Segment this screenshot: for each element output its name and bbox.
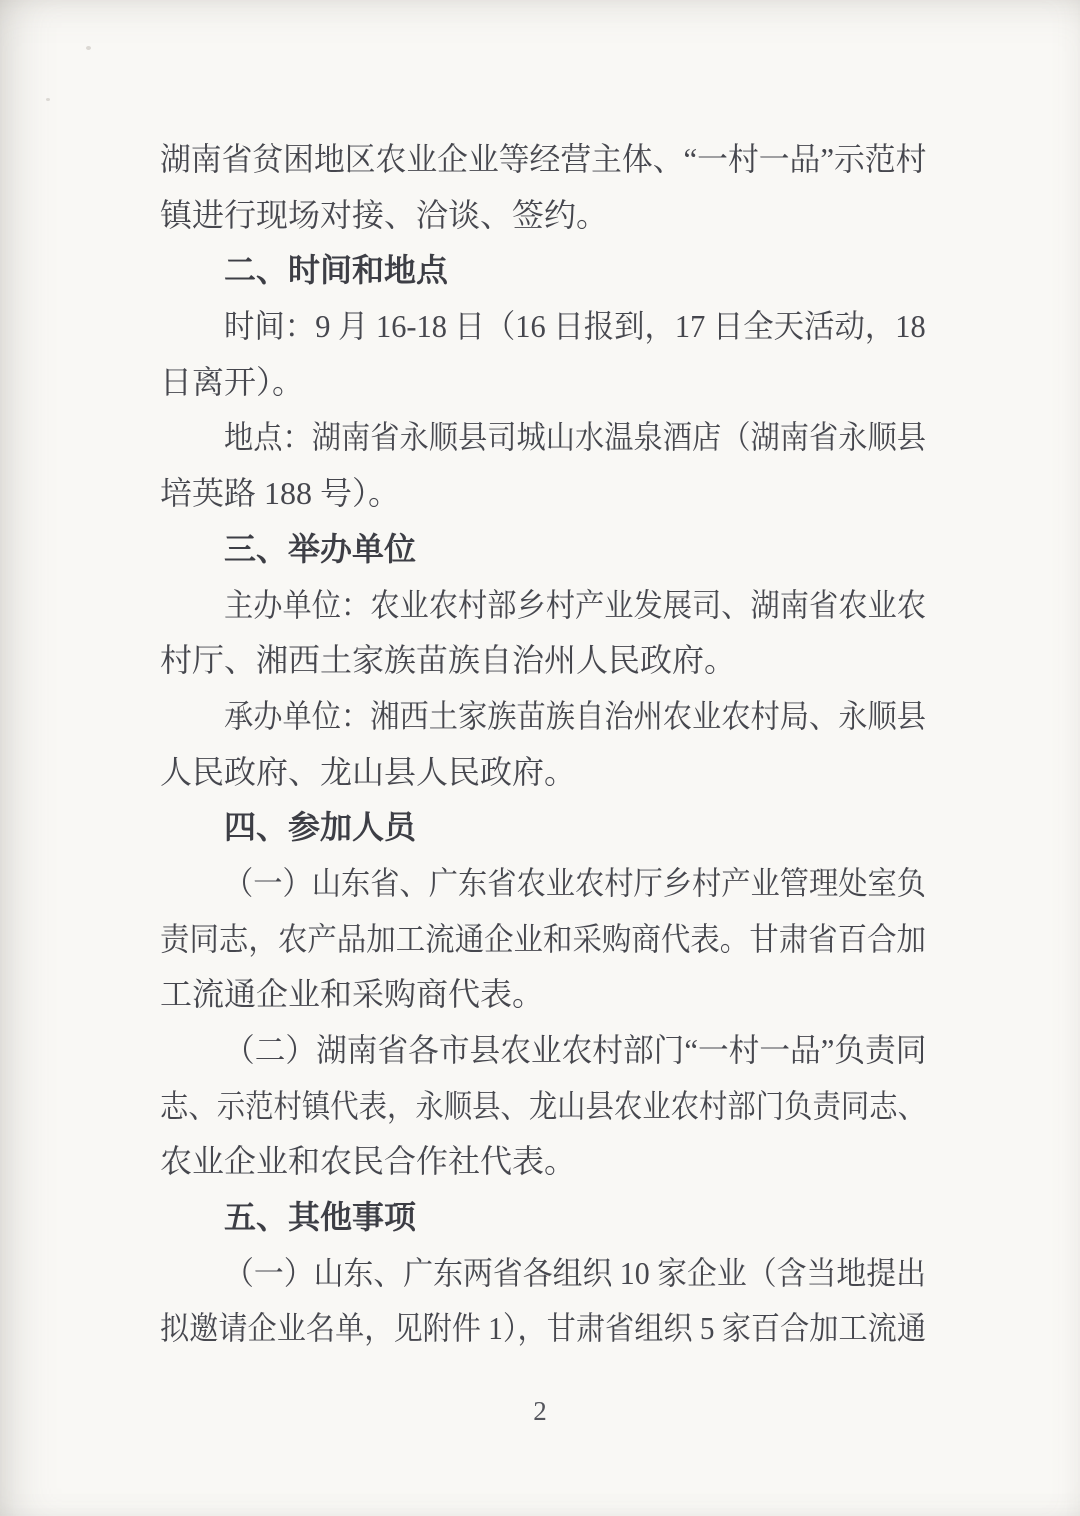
text-line: 村厅、湘西土家族苗族自治州人民政府。 xyxy=(160,633,926,689)
text-line-content: 责同志，农产品加工流通企业和采购商代表。甘肃省百合加 xyxy=(160,912,926,968)
text-line-content: 三、举办单位 xyxy=(224,522,416,578)
document-page: 湖南省贫困地区农业企业等经营主体、“一村一品”示范村镇进行现场对接、洽谈、签约。… xyxy=(0,0,1080,1516)
text-line-content: 四、参加人员 xyxy=(224,800,416,856)
text-line: （一）山东省、广东省农业农村厅乡村产业管理处室负 xyxy=(160,856,926,912)
text-line-content: 农业企业和农民合作社代表。 xyxy=(160,1134,576,1190)
text-line: 承办单位：湘西土家族苗族自治州农业农村局、永顺县 xyxy=(160,689,926,745)
document-body: 湖南省贫困地区农业企业等经营主体、“一村一品”示范村镇进行现场对接、洽谈、签约。… xyxy=(160,132,926,1357)
section-heading: 二、时间和地点 xyxy=(160,243,926,299)
section-heading: 四、参加人员 xyxy=(160,800,926,856)
text-line: 农业企业和农民合作社代表。 xyxy=(160,1134,926,1190)
text-line: 湖南省贫困地区农业企业等经营主体、“一村一品”示范村 xyxy=(160,132,926,188)
text-line: （一）山东、广东两省各组织 10 家企业（含当地提出 xyxy=(160,1246,926,1302)
text-line: 责同志，农产品加工流通企业和采购商代表。甘肃省百合加 xyxy=(160,912,926,968)
text-line-content: （二）湖南省各市县农业农村部门“一村一品”负责同 xyxy=(224,1023,926,1079)
text-line-content: 五、其他事项 xyxy=(224,1190,416,1246)
section-heading: 三、举办单位 xyxy=(160,522,926,578)
text-line-content: 镇进行现场对接、洽谈、签约。 xyxy=(160,188,608,244)
text-line-content: 地点：湖南省永顺县司城山水温泉酒店（湖南省永顺县 xyxy=(224,410,926,466)
text-line-content: 村厅、湘西土家族苗族自治州人民政府。 xyxy=(160,633,736,689)
text-line: 培英路 188 号）。 xyxy=(160,466,926,522)
text-line-content: 日离开）。 xyxy=(160,355,304,411)
text-line: （二）湖南省各市县农业农村部门“一村一品”负责同 xyxy=(160,1023,926,1079)
text-line-content: 人民政府、龙山县人民政府。 xyxy=(160,745,576,801)
text-line-content: 承办单位：湘西土家族苗族自治州农业农村局、永顺县 xyxy=(224,689,926,745)
text-line: 主办单位：农业农村部乡村产业发展司、湖南省农业农 xyxy=(160,578,926,634)
text-line-content: 主办单位：农业农村部乡村产业发展司、湖南省农业农 xyxy=(224,578,926,634)
text-line-content: （一）山东省、广东省农业农村厅乡村产业管理处室负 xyxy=(224,856,926,912)
text-line: 镇进行现场对接、洽谈、签约。 xyxy=(160,188,926,244)
section-heading: 五、其他事项 xyxy=(160,1190,926,1246)
text-line: 拟邀请企业名单，见附件 1），甘肃省组织 5 家百合加工流通 xyxy=(160,1301,926,1357)
text-line: 日离开）。 xyxy=(160,355,926,411)
text-line-content: 培英路 188 号）。 xyxy=(160,466,400,522)
text-line-content: 时间：9 月 16-18 日（16 日报到，17 日全天活动，18 xyxy=(224,299,926,355)
text-line: 志、示范村镇代表，永顺县、龙山县农业农村部门负责同志、 xyxy=(160,1079,926,1135)
scan-speck xyxy=(46,98,50,101)
text-line-content: （一）山东、广东两省各组织 10 家企业（含当地提出 xyxy=(224,1246,926,1302)
text-line: 工流通企业和采购商代表。 xyxy=(160,967,926,1023)
text-line-content: 工流通企业和采购商代表。 xyxy=(160,967,544,1023)
text-line: 时间：9 月 16-18 日（16 日报到，17 日全天活动，18 xyxy=(160,299,926,355)
scan-speck xyxy=(86,46,91,50)
text-line-content: 志、示范村镇代表，永顺县、龙山县农业农村部门负责同志、 xyxy=(160,1079,926,1135)
page-number: 2 xyxy=(0,1383,1080,1439)
text-line-content: 二、时间和地点 xyxy=(224,243,448,299)
text-line-content: 拟邀请企业名单，见附件 1），甘肃省组织 5 家百合加工流通 xyxy=(160,1301,926,1357)
text-line: 地点：湖南省永顺县司城山水温泉酒店（湖南省永顺县 xyxy=(160,410,926,466)
text-line-content: 湖南省贫困地区农业企业等经营主体、“一村一品”示范村 xyxy=(160,132,926,188)
text-line: 人民政府、龙山县人民政府。 xyxy=(160,745,926,801)
